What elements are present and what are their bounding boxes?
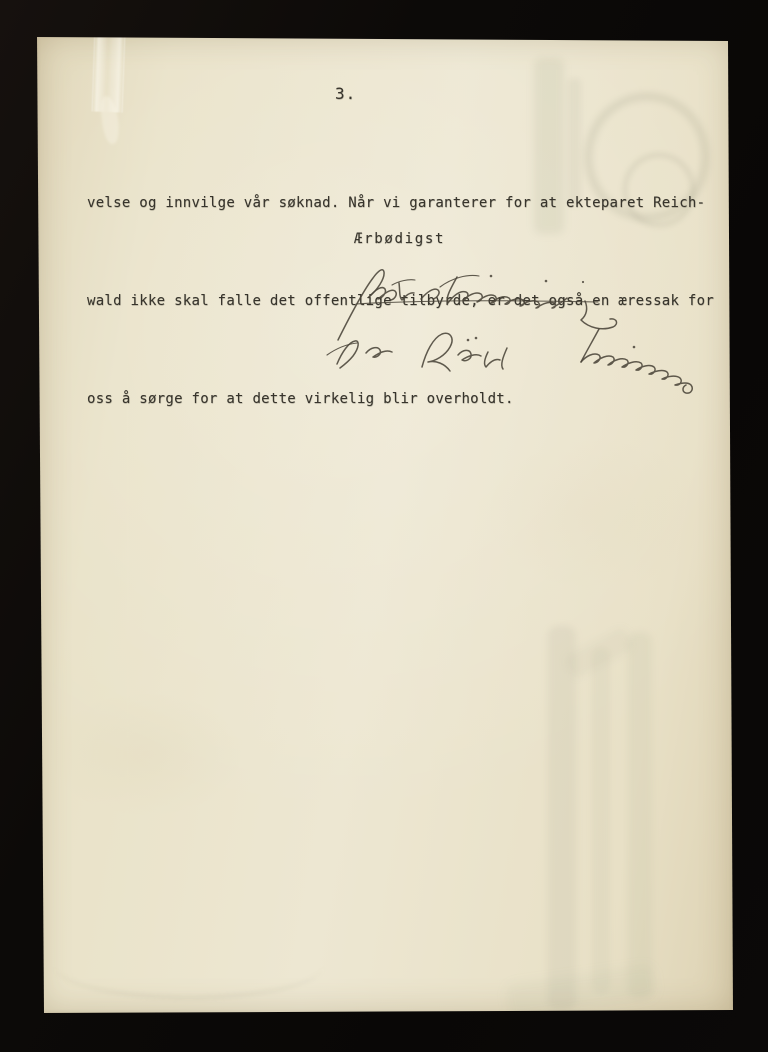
bleed-through-strip — [592, 648, 610, 994]
body-line: velse og innvilge vår søknad. Når vi gar… — [87, 187, 717, 220]
page-number: 3. — [335, 83, 356, 105]
closing-salutation: Ærbødigst — [354, 229, 445, 249]
scan-mat-background: 3. velse og innvilge vår søknad. Når vi … — [0, 0, 768, 1052]
document-page: 3. velse og innvilge vår søknad. Når vi … — [36, 34, 734, 1014]
body-line: wald ikke skal falle det offentlige tilb… — [87, 285, 717, 318]
paper-smudge — [54, 932, 324, 999]
bleed-through-strip — [628, 632, 652, 998]
body-line: oss å sørge for at dette virkelig blir o… — [87, 383, 717, 416]
letter-body: velse og innvilge vår søknad. Når vi gar… — [87, 122, 717, 481]
bleed-through-strip — [504, 964, 657, 1019]
bleed-through-strip — [548, 626, 576, 1010]
